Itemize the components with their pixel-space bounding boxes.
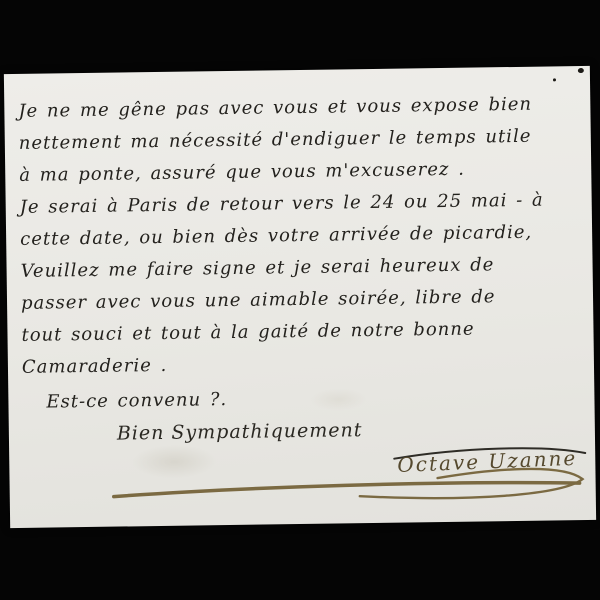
ink-dot: [578, 68, 584, 73]
letter-line: Est-ce convenu ?.: [22, 379, 586, 419]
letter-card: Je ne me gêne pas avec vous et vous expo…: [4, 66, 596, 528]
letter-body: Je ne me gêne pas avec vous et vous expo…: [18, 88, 586, 419]
signature-block: Octave Uzanne: [109, 442, 592, 507]
letter-line: Camaraderie .: [22, 344, 586, 384]
photo-background: Je ne me gêne pas avec vous et vous expo…: [0, 0, 600, 600]
ink-dot: [553, 78, 556, 81]
closing-line: Bien Sympathiquement: [117, 419, 363, 444]
